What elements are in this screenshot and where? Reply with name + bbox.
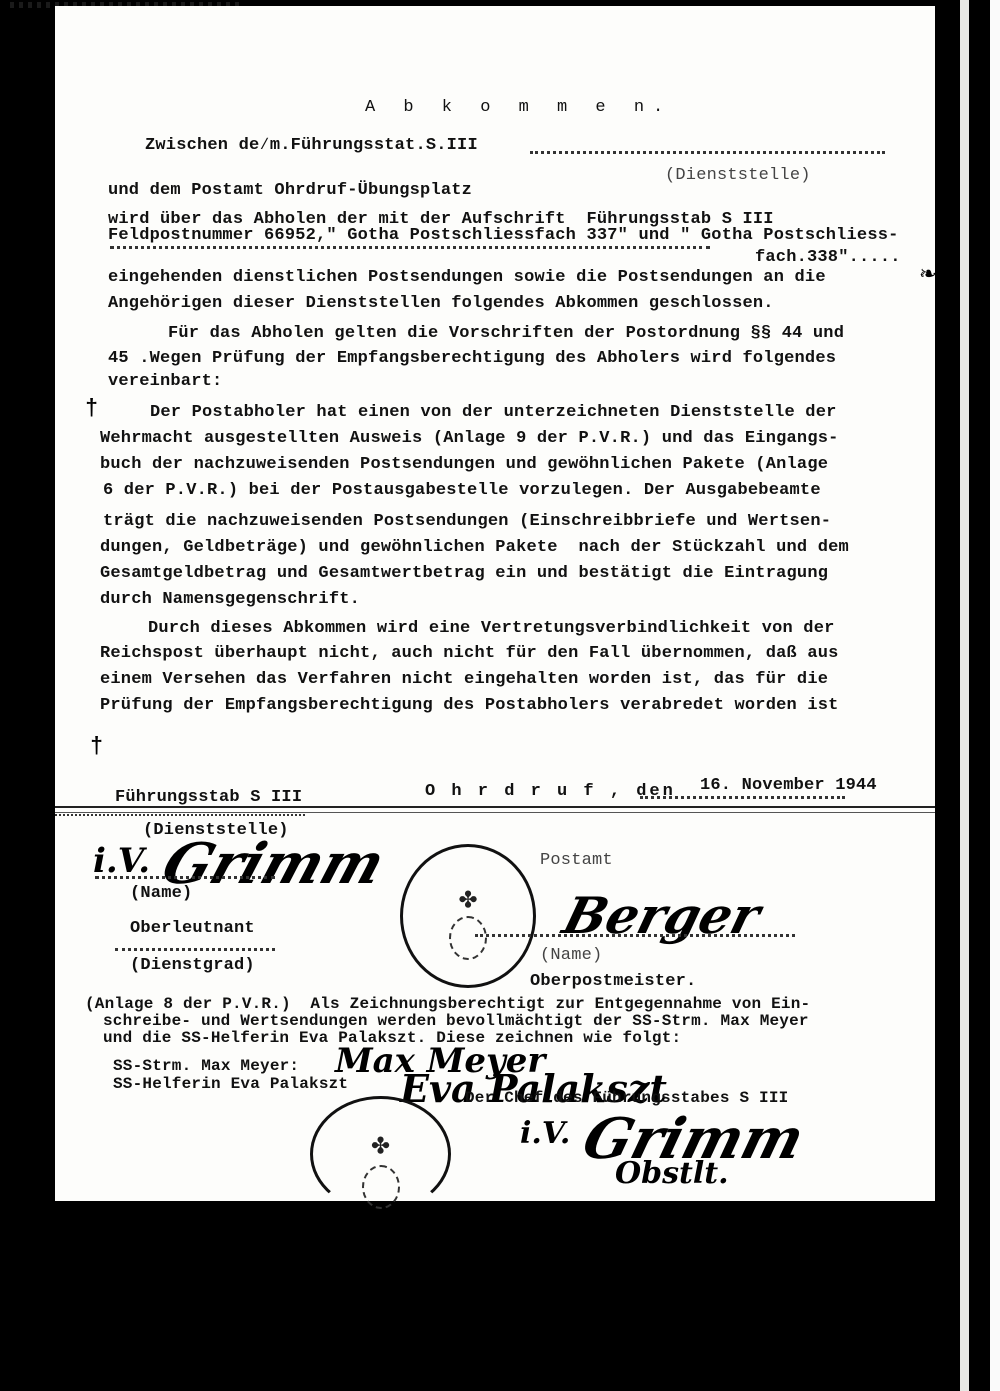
para3-line7: Gesamtgeldbetrag und Gesamtwertbetrag ei… [100, 564, 828, 584]
signer2-label: SS-Helferin Eva Palakszt [113, 1074, 348, 1094]
margin-mark: † [85, 396, 98, 421]
divider-line [55, 806, 935, 808]
dotted-fill [640, 796, 845, 799]
eagle-emblem-icon: ✤ [371, 1127, 389, 1164]
signature-chief-rank: Obstlt. [615, 1156, 729, 1191]
document-date: 16. November 1944 [700, 776, 877, 796]
dotted-fill [530, 151, 885, 154]
para1-line3: fach.338"..... [755, 248, 901, 268]
rank-left: Oberleutnant [130, 919, 255, 939]
para3-line1: Der Postabholer hat einen von der unterz… [150, 403, 837, 423]
signature-left-prefix: i.V. [93, 841, 150, 881]
signature-chief-prefix: i.V. [520, 1116, 570, 1151]
sign-left-org: Führungsstab S III [115, 788, 302, 808]
para4-line4: Prüfung der Empfangsberechtigung des Pos… [100, 696, 839, 716]
wreath-emblem-icon [449, 916, 487, 960]
eagle-emblem-icon: ✤ [459, 881, 477, 918]
scan-edge-strip [960, 0, 969, 1391]
para1-line5: Angehörigen dieser Dienststellen folgend… [108, 294, 774, 314]
dotted-fill [110, 246, 710, 249]
party-one-line: Zwischen de∕m.Führungsstat.S.III [145, 136, 478, 156]
para3-line8: durch Namensgegenschrift. [100, 590, 360, 610]
para4-line3: einem Versehen das Verfahren nicht einge… [100, 670, 828, 690]
dienststelle-label-top: (Dienststelle) [665, 166, 811, 186]
official-stamp-postamt: ✤ [400, 844, 536, 988]
margin-mark: ❧ [920, 258, 936, 289]
document-page: A b k o m m e n. Zwischen de∕m.Führungss… [55, 6, 935, 1201]
dotted-fill [115, 948, 275, 951]
para2-line3: vereinbart: [108, 372, 222, 392]
place-date-prefix: O h r d r u f , den [425, 782, 676, 802]
official-stamp-waffen-ss: ✤ [310, 1096, 451, 1212]
para3-line4: 6 der P.V.R.) bei der Postausgabestelle … [103, 481, 821, 501]
label-name: (Name) [130, 884, 192, 904]
rank-right: Oberpostmeister. [530, 972, 696, 992]
para4-line2: Reichspost überhaupt nicht, auch nicht f… [100, 644, 839, 664]
para4-line1: Durch dieses Abkommen wird eine Vertretu… [148, 619, 835, 639]
wreath-emblem-icon [362, 1165, 400, 1209]
signer1-label: SS-Strm. Max Meyer: [113, 1056, 299, 1076]
para3-line3: buch der nachzuweisenden Postsendungen u… [100, 455, 828, 475]
label-dienstgrad: (Dienstgrad) [130, 956, 255, 976]
para3-line5: trägt die nachzuweisenden Postsendungen … [103, 512, 831, 532]
dotted-fill [95, 876, 275, 879]
label-name-right: (Name) [540, 946, 602, 966]
para2-line2: 45 .Wegen Prüfung der Empfangsberechtigu… [108, 349, 836, 369]
dotted-fill [475, 934, 795, 937]
dotted-fill [55, 814, 305, 816]
para2-line1: Für das Abholen gelten die Vorschriften … [168, 324, 844, 344]
party-two-line: und dem Postamt Ohrdruf-Übungsplatz [108, 181, 472, 201]
chief-label: Der Chef des Führungsstabes S III [465, 1088, 788, 1108]
para1-line2: Feldpostnummer 66952," Gotha Postschlies… [108, 226, 899, 246]
para3-line2: Wehrmacht ausgestellten Ausweis (Anlage … [100, 429, 839, 449]
para3-line6: dungen, Geldbeträge) und gewöhnlichen Pa… [100, 538, 849, 558]
para1-line4: eingehenden dienstlichen Postsendungen s… [108, 268, 826, 288]
scan-edge-strip-outer [990, 0, 1000, 1391]
divider-line [55, 812, 935, 813]
margin-mark: † [90, 734, 103, 759]
document-title: A b k o m m e n. [365, 98, 672, 118]
postamt-label: Postamt [540, 851, 613, 871]
